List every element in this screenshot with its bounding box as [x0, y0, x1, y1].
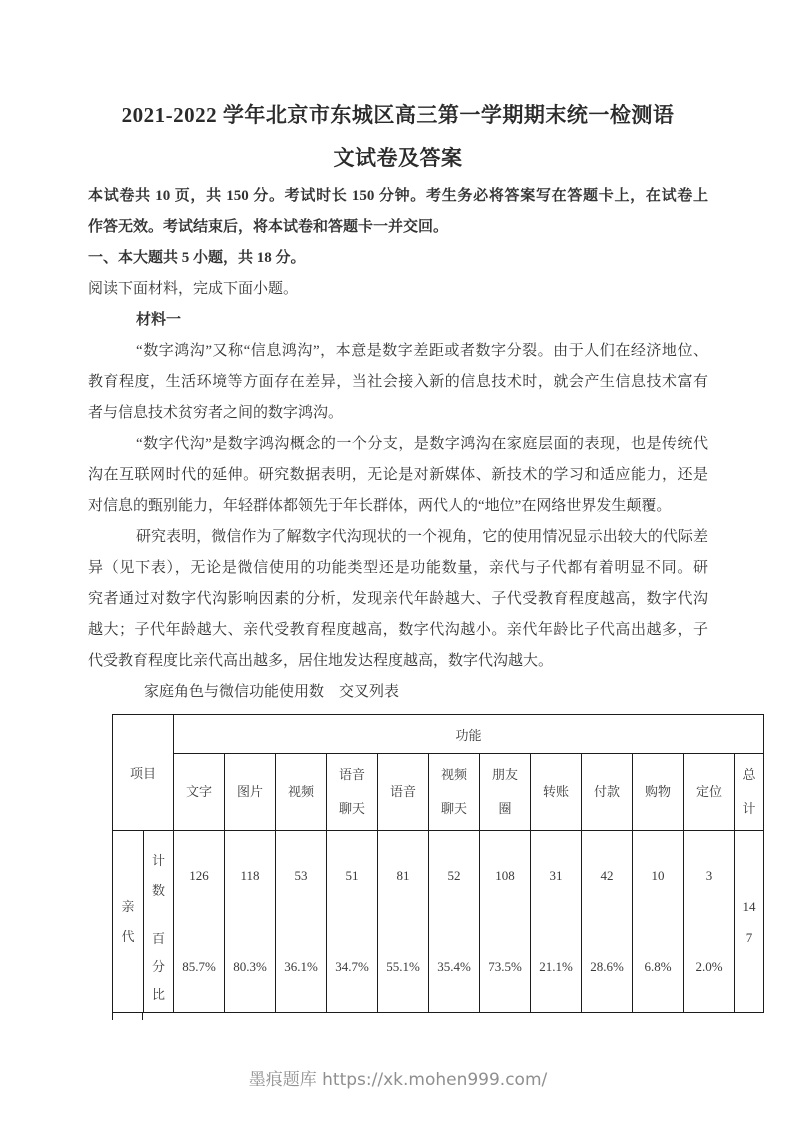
column-header: 语音 — [378, 754, 429, 831]
title-line-2: 文试卷及答案 — [88, 137, 708, 180]
percent-value: 28.6% — [582, 922, 632, 1013]
percent-value: 36.1% — [276, 922, 326, 1013]
count-value: 51 — [327, 831, 377, 922]
count-value: 53 — [276, 831, 326, 922]
column-header: 转账 — [531, 754, 582, 831]
table-cell: 8155.1% — [378, 831, 429, 1013]
table-group-header: 功能 — [174, 715, 764, 754]
percent-value: 2.0% — [684, 922, 734, 1013]
percent-value: 6.8% — [633, 922, 683, 1013]
count-value: 42 — [582, 831, 632, 922]
count-value: 31 — [531, 831, 581, 922]
count-value: 52 — [429, 831, 479, 922]
count-value: 118 — [225, 831, 275, 922]
count-label: 计数 — [152, 846, 166, 906]
table-caption: 家庭角色与微信功能使用数 交叉列表 — [88, 677, 708, 708]
reading-prompt: 阅读下面材料，完成下面小题。 — [88, 274, 708, 305]
count-value: 10 — [633, 831, 683, 922]
paragraph-line: 对信息的甄别能力，年轻群体都领先于年长群体，两代人的“地位”在网络世界发生颠覆。 — [88, 491, 708, 522]
percent-value: 55.1% — [378, 922, 428, 1013]
data-table-wrapper: 项目 功能 文字 图片 视频 语音聊天 语音 视频聊天 朋友圈 转账 付款 购物… — [112, 714, 763, 1013]
total-cell: 147 — [735, 831, 764, 1013]
paragraph-line: “数字代沟”是数字鸿沟概念的一个分支，是数字鸿沟在家庭层面的表现，也是传统代 — [88, 429, 708, 460]
table-cell: 5134.7% — [327, 831, 378, 1013]
count-value: 3 — [684, 831, 734, 922]
table-cell: 12685.7% — [174, 831, 225, 1013]
section-heading: 一、本大题共 5 小题，共 18 分。 — [88, 243, 708, 274]
column-header: 文字 — [174, 754, 225, 831]
table-cell: 5336.1% — [276, 831, 327, 1013]
footer-credit: 墨痕题库 https://xk.mohen999.com/ — [88, 1068, 708, 1092]
column-header: 图片 — [225, 754, 276, 831]
column-header: 购物 — [633, 754, 684, 831]
table-continuation-line — [112, 1013, 113, 1020]
paragraph-line: 越大；子代年龄越大、亲代受教育程度越高，数字代沟越小。亲代年龄比子代高出越多，子 — [88, 615, 708, 646]
row-stat-labels: 计数 百分比 — [144, 831, 174, 1013]
column-header: 定位 — [684, 754, 735, 831]
table-cell: 11880.3% — [225, 831, 276, 1013]
percent-value: 80.3% — [225, 922, 275, 1013]
data-table: 项目 功能 文字 图片 视频 语音聊天 语音 视频聊天 朋友圈 转账 付款 购物… — [112, 714, 764, 1013]
paragraph-line: 代受教育程度比亲代高出越多，居住地发达程度越高，数字代沟越大。 — [88, 646, 708, 677]
percent-value: 85.7% — [174, 922, 224, 1013]
column-header: 朋友圈 — [480, 754, 531, 831]
column-header: 语音聊天 — [327, 754, 378, 831]
paragraph-line: 异（见下表），无论是微信使用的功能类型还是功能数量，亲代与子代都有着明显不同。研 — [88, 553, 708, 584]
footer-text: 墨痕题库 https://xk.mohen999.com/ — [249, 1070, 548, 1090]
notice-line: 作答无效。考试结束后，将本试卷和答题卡一并交回。 — [88, 212, 708, 243]
column-header-total: 总计 — [735, 754, 764, 831]
notice-line: 本试卷共 10 页，共 150 分。考试时长 150 分钟。考生务必将答案写在答… — [88, 181, 708, 212]
count-value: 81 — [378, 831, 428, 922]
paragraph-line: 究者通过对数字代沟影响因素的分析，发现亲代年龄越大、子代受教育程度越高，数字代沟 — [88, 584, 708, 615]
table-row: 亲代 计数 百分比 12685.7% 11880.3% 5336.1% 5134… — [113, 831, 764, 1013]
table-cell: 3121.1% — [531, 831, 582, 1013]
table-cell: 106.8% — [633, 831, 684, 1013]
document-body: 2021-2022 学年北京市东城区高三第一学期期末统一检测语 文试卷及答案 本… — [0, 0, 793, 1092]
table-corner-header: 项目 — [113, 715, 174, 831]
table-header-row: 文字 图片 视频 语音聊天 语音 视频聊天 朋友圈 转账 付款 购物 定位 总计 — [113, 754, 764, 831]
table-cell: 4228.6% — [582, 831, 633, 1013]
row-group-label: 亲代 — [113, 831, 144, 1013]
table-cell: 32.0% — [684, 831, 735, 1013]
paragraph-line: 研究表明，微信作为了解数字代沟现状的一个视角，它的使用情况显示出较大的代际差 — [88, 522, 708, 553]
percent-value: 73.5% — [480, 922, 530, 1013]
column-header: 视频 — [276, 754, 327, 831]
paragraph-line: 者与信息技术贫穷者之间的数字鸿沟。 — [88, 398, 708, 429]
count-value: 108 — [480, 831, 530, 922]
percent-value: 21.1% — [531, 922, 581, 1013]
percent-label: 百分比 — [152, 925, 166, 1009]
column-header: 视频聊天 — [429, 754, 480, 831]
count-value: 126 — [174, 831, 224, 922]
table-cell: 5235.4% — [429, 831, 480, 1013]
document-title: 2021-2022 学年北京市东城区高三第一学期期末统一检测语 文试卷及答案 — [88, 94, 708, 180]
paragraph-line: “数字鸿沟”又称“信息鸿沟”，本意是数字差距或者数字分裂。由于人们在经济地位、 — [88, 336, 708, 367]
paragraph-line: 教育程度，生活环境等方面存在差异，当社会接入新的信息技术时，就会产生信息技术富有 — [88, 367, 708, 398]
document-text: 本试卷共 10 页，共 150 分。考试时长 150 分钟。考生务必将答案写在答… — [88, 181, 708, 708]
percent-value: 35.4% — [429, 922, 479, 1013]
title-line-1: 2021-2022 学年北京市东城区高三第一学期期末统一检测语 — [88, 94, 708, 137]
column-header: 付款 — [582, 754, 633, 831]
percent-value: 34.7% — [327, 922, 377, 1013]
document-page: 2021-2022 学年北京市东城区高三第一学期期末统一检测语 文试卷及答案 本… — [0, 0, 793, 1122]
paragraph-line: 沟在互联网时代的延伸。研究数据表明，无论是对新媒体、新技术的学习和适应能力，还是 — [88, 460, 708, 491]
material-label: 材料一 — [88, 305, 708, 336]
table-cell: 10873.5% — [480, 831, 531, 1013]
table-continuation-line — [142, 1013, 143, 1020]
